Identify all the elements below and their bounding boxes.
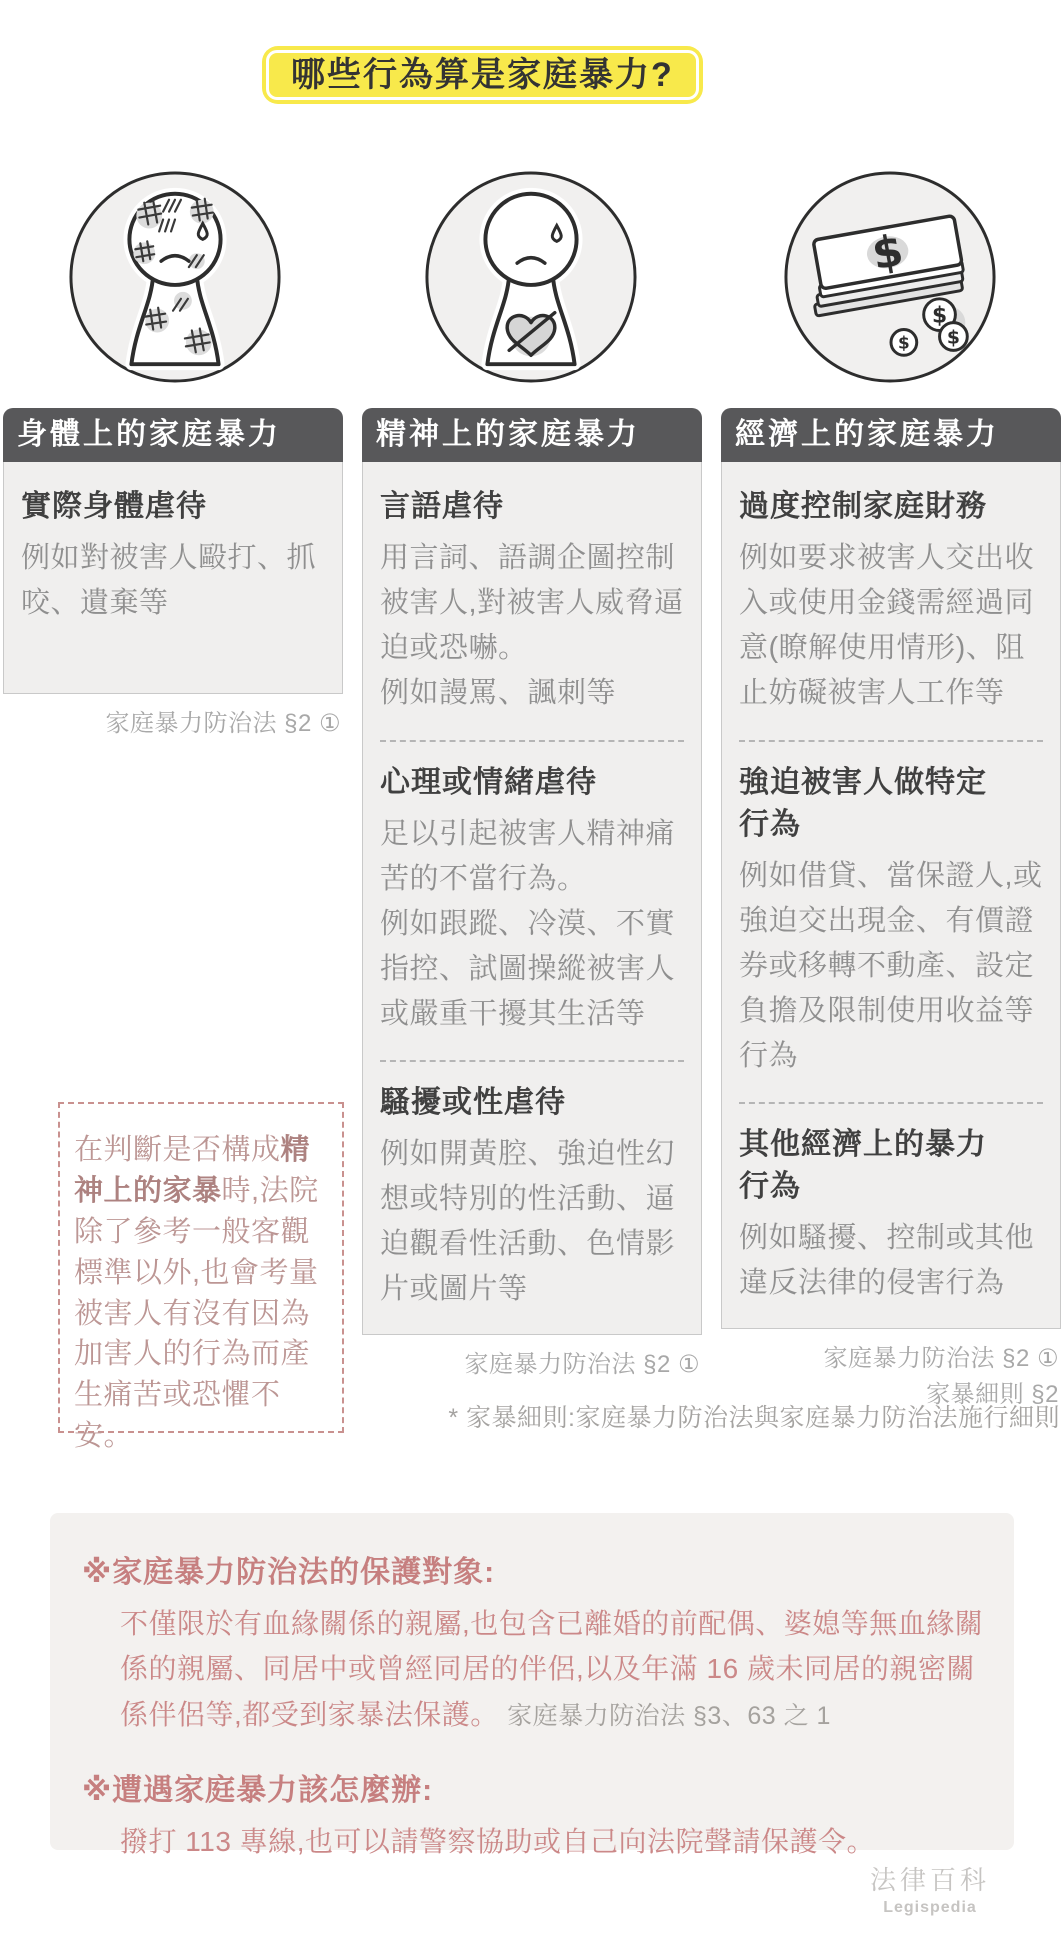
bruised-person-icon [66,168,284,386]
citation-line: 家庭暴力防治法 §2 ① [362,1347,700,1383]
dashed-divider [739,740,1043,742]
column-economic-body: 過度控制家庭財務 例如要求被害人交出收入或使用金錢需經過同意(瞭解使用情形)、阻… [721,462,1061,1329]
column-physical-citation: 家庭暴力防治法 §2 ① [3,706,343,742]
dashed-divider [380,740,684,742]
logo-subtitle: Legispedia [870,1899,990,1917]
note-text-suffix: 時,法院除了參考一般客觀標準以外,也會考量被害人有沒有因為加害人的行為而產生痛苦… [74,1175,319,1452]
section-heading: 騷擾或性虐待 [380,1082,684,1124]
section-body: 例如要求被害人交出收入或使用金錢需經過同意(瞭解使用情形)、阻止妨礙被害人工作等 [739,536,1043,716]
title-outer-band: 哪些行為算是家庭暴力? [262,46,703,104]
protection-scope-citation: 家庭暴力防治法 §3、63 之 1 [507,1702,831,1730]
section-body: 足以引起被害人精神痛苦的不當行為。 例如跟蹤、冷漠、不實指控、試圖操縱被害人或嚴… [380,812,684,1037]
column-economic-violence: 經濟上的家庭暴力 過度控制家庭財務 例如要求被害人交出收入或使用金錢需經過同意(… [721,408,1061,1413]
page-title: 哪些行為算是家庭暴力? [266,50,699,100]
column-mental-violence: 精神上的家庭暴力 言語虐待 用言詞、語調企圖控制被害人,對被害人威脅逼迫或恐嚇。… [362,408,702,1383]
section-body: 例如開黃腔、強迫性幻想或特別的性活動、逼迫觀看性活動、色情影片或圖片等 [380,1132,684,1312]
section-heading: 其他經濟上的暴力 行為 [739,1124,1043,1208]
protection-scope-body: 不僅限於有血緣關係的親屬,也包含已離婚的前配偶、婆媳等無血緣關係的親屬、同居中或… [120,1601,986,1737]
page-title-pill: 哪些行為算是家庭暴力? [262,46,703,104]
section-heading: 言語虐待 [380,486,684,528]
section-body: 例如騷擾、控制或其他違反法律的侵害行為 [739,1216,1043,1306]
column-economic-header: 經濟上的家庭暴力 [721,408,1061,462]
protection-scope-heading: ※家庭暴力防治法的保護對象: [82,1547,986,1591]
column-mental-body: 言語虐待 用言詞、語調企圖控制被害人,對被害人威脅逼迫或恐嚇。 例如謾罵、諷刺等… [362,462,702,1335]
dashed-divider [380,1060,684,1062]
footnote: * 家暴細則:家庭暴力防治法與家庭暴力防治法施行細則 [440,1398,1060,1434]
what-to-do-body: 撥打 113 專線,也可以請警察協助或自己向法院聲請保護令。 [120,1819,986,1864]
column-mental-header: 精神上的家庭暴力 [362,408,702,462]
section-body: 例如對被害人毆打、抓咬、遺棄等 [21,536,325,626]
mental-abuse-court-note: 在判斷是否構成精神上的家暴時,法院除了參考一般客觀標準以外,也會考量被害人有沒有… [58,1102,344,1433]
legispedia-logo: 法律百科 Legispedia [870,1860,990,1917]
section-heading: 強迫被害人做特定 行為 [739,762,1043,846]
note-text-prefix: 在判斷是否構成 [74,1134,281,1166]
column-physical-violence: 身體上的家庭暴力 實際身體虐待 例如對被害人毆打、抓咬、遺棄等 家庭暴力防治法 … [3,408,343,742]
section-body: 用言詞、語調企圖控制被害人,對被害人威脅逼迫或恐嚇。 例如謾罵、諷刺等 [380,536,684,716]
section-heading: 過度控制家庭財務 [739,486,1043,528]
svg-text:$: $ [898,332,910,352]
what-to-do-heading: ※遭遇家庭暴力該怎麼辦: [82,1765,986,1809]
column-mental-citation: 家庭暴力防治法 §2 ① [362,1347,702,1383]
citation-line: 家庭暴力防治法 §2 ① [721,1341,1059,1377]
dashed-divider [739,1102,1043,1104]
section-body: 例如借貸、當保證人,或強迫交出現金、有價證券或移轉不動產、設定負擔及限制使用收益… [739,854,1043,1079]
section-heading: 心理或情緒虐待 [380,762,684,804]
column-physical-header: 身體上的家庭暴力 [3,408,343,462]
section-heading: 實際身體虐待 [21,486,325,528]
infographic-page: 哪些行為算是家庭暴力? [0,0,1064,1936]
svg-text:$: $ [947,327,960,348]
logo-name: 法律百科 [870,1860,990,1897]
bottom-info-box: ※家庭暴力防治法的保護對象: 不僅限於有血緣關係的親屬,也包含已離婚的前配偶、婆… [50,1513,1014,1850]
money-icon: $ $ $ $ [781,168,999,386]
column-physical-body: 實際身體虐待 例如對被害人毆打、抓咬、遺棄等 [3,462,343,694]
broken-heart-person-icon [422,168,640,386]
citation-line: 家庭暴力防治法 §2 ① [3,706,341,742]
